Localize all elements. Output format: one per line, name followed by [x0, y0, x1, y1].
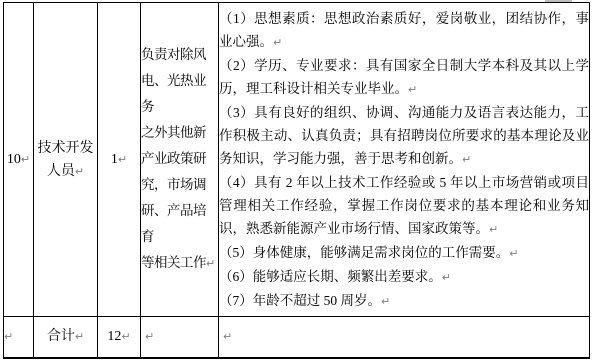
cell-duties[interactable]: 负责对除风 电、光热业务 之外其他新 产业政策研 究，市场调 研、产品培育 等相… — [141, 3, 219, 317]
requirement-item-7: （7）年龄不超过 50 周岁。↵ — [219, 289, 589, 313]
position-title: 技术开发人员 — [38, 141, 94, 179]
cell-total-requirements-empty[interactable]: ↵ — [219, 317, 590, 358]
duties-text: 负责对除风 电、光热业务 之外其他新 产业政策研 究，市场调 研、产品培育 等相… — [141, 47, 206, 270]
paragraph-mark-icon: ↵ — [273, 36, 282, 49]
paragraph-mark-icon: ↵ — [381, 295, 390, 308]
recruitment-table: 10↵ 技术开发人员↵ 1↵ 负责对除风 电、光热业务 之外其他新 产业政策研 … — [3, 2, 590, 359]
paragraph-mark-icon: ↵ — [21, 153, 30, 166]
paragraph-mark-icon: ↵ — [462, 153, 471, 166]
requirement-item-5: （5）身体健康，能够满足需求岗位的工作需要。↵ — [219, 241, 589, 265]
requirement-item-4: （4）具有 2 年以上技术工作经验或 5 年以上市场营销或项目管理相关工作经验，… — [219, 171, 589, 241]
requirement-text: （6）能够适应长期、频繁出差要求。 — [219, 269, 442, 284]
requirement-item-1: （1）思想素质：思想政治素质好，爱岗敬业，团结协作，事业心强。↵ — [219, 7, 589, 54]
cell-position-title[interactable]: 技术开发人员↵ — [34, 3, 98, 317]
requirement-item-6: （6）能够适应长期、频繁出差要求。↵ — [219, 265, 589, 289]
requirement-text: （2）学历、专业要求：具有国家全日制大学本科及其以上学历，理工科设计相关专业毕业… — [219, 58, 589, 96]
paragraph-mark-icon: ↵ — [442, 271, 451, 284]
paragraph-mark-icon: ↵ — [121, 330, 130, 343]
cell-total-value[interactable]: 12↵ — [98, 317, 141, 358]
total-value: 12 — [107, 329, 121, 344]
cell-total-label[interactable]: 合计↵ — [34, 317, 98, 358]
requirement-text: （3）具有良好的组织、协调、沟通能力及语言表达能力，工作积极主动、认真负责；具有… — [219, 105, 589, 166]
table-row-position-10: 10↵ 技术开发人员↵ 1↵ 负责对除风 电、光热业务 之外其他新 产业政策研 … — [4, 3, 590, 317]
cell-headcount[interactable]: 1↵ — [98, 3, 141, 317]
total-label: 合计 — [47, 329, 75, 344]
paragraph-mark-icon: ↵ — [509, 247, 518, 260]
paragraph-mark-icon: ↵ — [75, 330, 84, 343]
cell-requirements[interactable]: （1）思想素质：思想政治素质好，爱岗敬业，团结协作，事业心强。↵ （2）学历、专… — [219, 3, 590, 317]
paragraph-mark-icon: ↵ — [118, 153, 127, 166]
cell-total-duties-empty[interactable]: ↵ — [141, 317, 219, 358]
paragraph-mark-icon: ↵ — [223, 330, 232, 343]
requirement-text: （7）年龄不超过 50 周岁。 — [219, 293, 381, 308]
row-number: 10 — [7, 152, 21, 167]
requirement-text: （5）身体健康，能够满足需求岗位的工作需要。 — [219, 245, 509, 260]
paragraph-mark-icon: ↵ — [408, 83, 417, 96]
paragraph-mark-icon: ↵ — [206, 257, 215, 270]
requirement-item-2: （2）学历、专业要求：具有国家全日制大学本科及其以上学历，理工科设计相关专业毕业… — [219, 54, 589, 101]
paragraph-mark-icon: ↵ — [4, 330, 13, 343]
headcount: 1 — [111, 152, 118, 167]
document-page: 10↵ 技术开发人员↵ 1↵ 负责对除风 电、光热业务 之外其他新 产业政策研 … — [0, 0, 592, 364]
requirement-item-3: （3）具有良好的组织、协调、沟通能力及语言表达能力，工作积极主动、认真负责；具有… — [219, 101, 589, 171]
paragraph-mark-icon: ↵ — [75, 165, 84, 178]
paragraph-mark-icon: ↵ — [489, 223, 498, 236]
cell-row-number[interactable]: 10↵ — [4, 3, 34, 317]
table-row-total: ↵ 合计↵ 12↵ ↵ ↵ — [4, 317, 590, 358]
requirement-text: （4）具有 2 年以上技术工作经验或 5 年以上市场营销或项目管理相关工作经验，… — [219, 175, 589, 236]
cell-total-number-empty[interactable]: ↵ — [4, 317, 34, 358]
paragraph-mark-icon: ↵ — [145, 330, 154, 343]
